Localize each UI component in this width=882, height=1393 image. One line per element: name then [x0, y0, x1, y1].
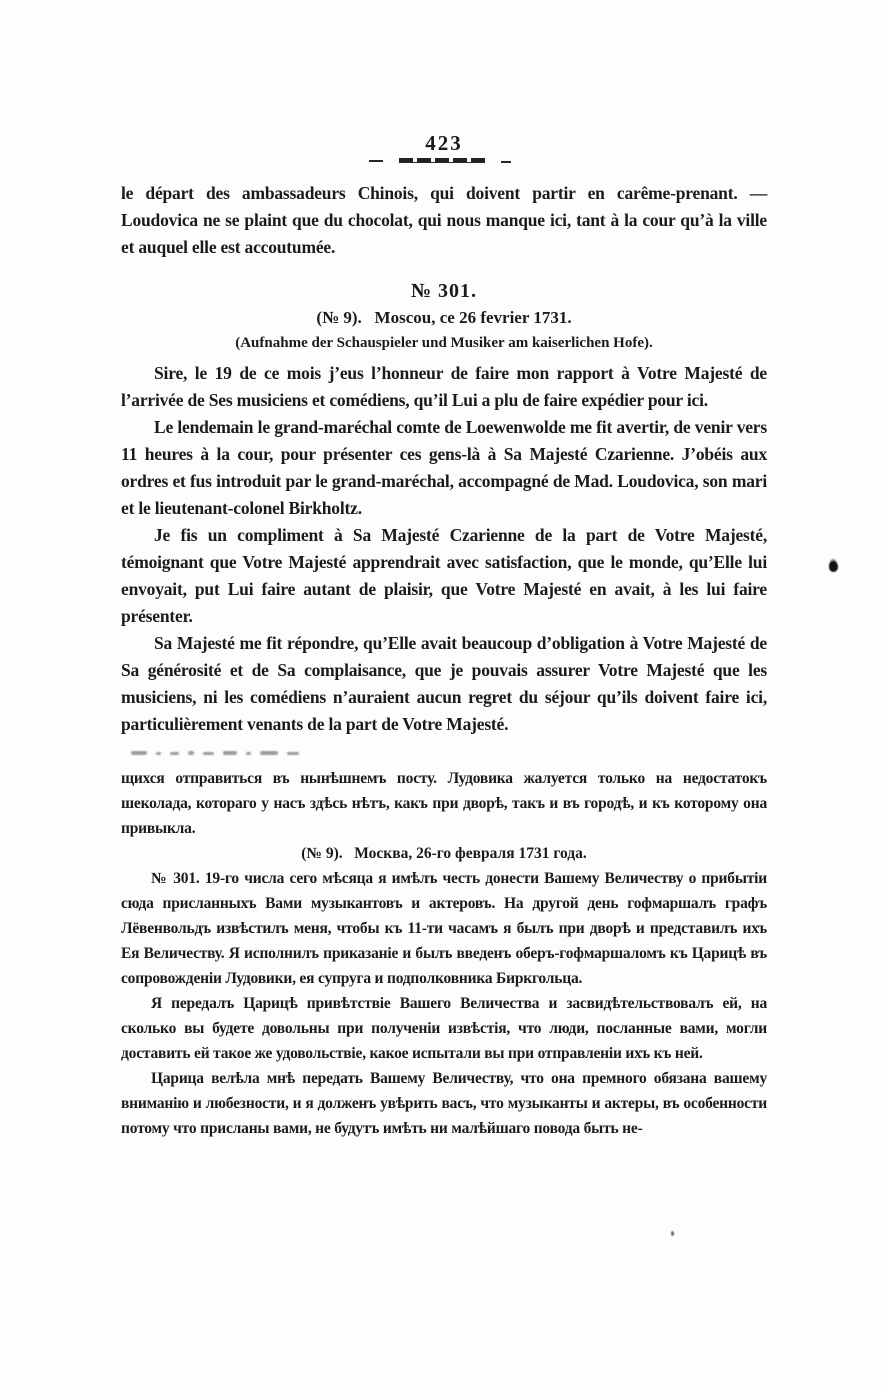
document-page: 423 le départ des ambassadeurs Chinois, … [0, 0, 882, 1393]
ink-speck [829, 561, 838, 572]
russian-paragraph: Я передалъ Царицѣ привѣтствіе Вашего Вел… [121, 991, 767, 1066]
entry-subject-note: (Aufnahme der Schauspieler und Musiker a… [121, 333, 767, 353]
entry-number-heading: № 301. [121, 278, 767, 304]
page-number: 423 [121, 131, 767, 155]
page-text-column: 423 le départ des ambassadeurs Chinois, … [121, 131, 767, 1141]
french-paragraph: Je fis un compliment à Sa Majesté Czarie… [121, 522, 767, 630]
russian-dateline: (№ 9). Москва, 26-го февраля 1731 года. [121, 841, 767, 866]
french-paragraph: Sa Majesté me fit répondre, qu’Elle avai… [121, 630, 767, 738]
entry-dateline: (№ 9). Moscou, ce 26 fevrier 1731. [121, 306, 767, 329]
french-paragraph: Sire, le 19 de ce mois j’eus l’honneur d… [121, 360, 767, 414]
page-number-rule [369, 158, 519, 163]
russian-continuation-paragraph: щихся отправиться въ нынѣшнемъ посту. Лу… [121, 766, 767, 841]
dust-speck [671, 1231, 674, 1236]
french-paragraph: Le lendemain le grand-maréchal comte de … [121, 414, 767, 522]
russian-paragraph: Царица велѣла мнѣ передать Вашему Величе… [121, 1066, 767, 1141]
page-header: 423 [121, 131, 767, 163]
illegible-partial-line [131, 749, 371, 757]
russian-paragraph: № 301. 19-го числа сего мѣсяца я имѣлъ ч… [121, 866, 767, 991]
french-continuation-paragraph: le départ des ambassadeurs Chinois, qui … [121, 180, 767, 261]
